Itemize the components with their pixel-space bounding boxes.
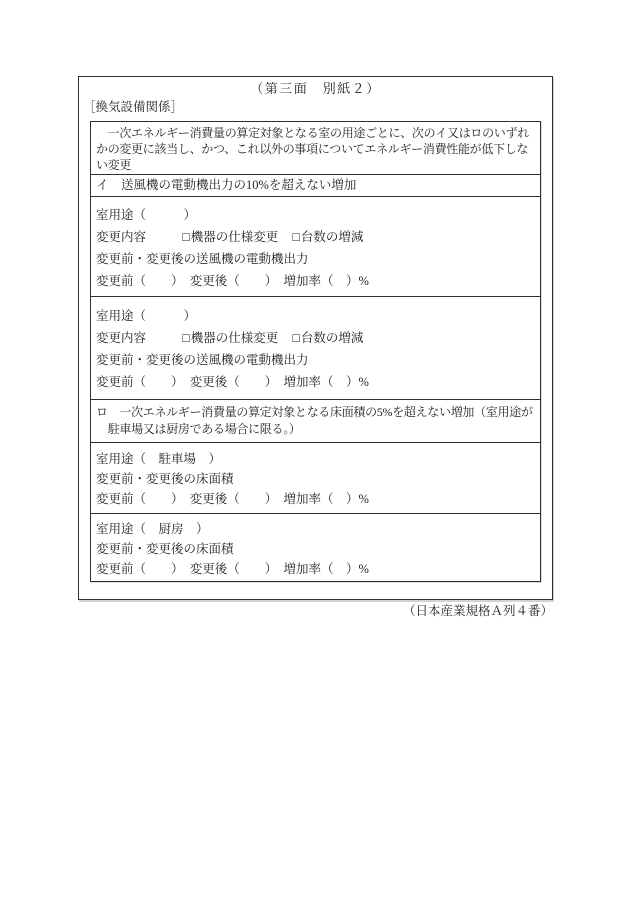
checkbox-icon: □ — [292, 230, 300, 244]
checkbox-icon: □ — [292, 331, 300, 345]
checkbox-icon: □ — [182, 230, 190, 244]
form-outer-box: （第三面 別紙２） ［換気設備関係］ 一次エネルギー消費量の算定対象となる室の用… — [78, 76, 553, 600]
change-content-label: 変更内容 — [96, 230, 146, 244]
measure-label: 変更前・変更後の床面積 — [96, 469, 535, 489]
item-ro-heading-line-1: ロ 一次エネルギー消費量の算定対象となる床面積の5%を超えない増加（室用途が — [96, 404, 535, 421]
measure-label: 変更前・変更後の送風機の電動機出力 — [96, 248, 535, 270]
item-ro-heading-line-2: 駐車場又は厨房である場合に限る。） — [96, 421, 535, 438]
room-use-line: 室用途（ ） — [96, 204, 535, 226]
intro-line-3: い変更 — [96, 157, 535, 173]
checkbox-icon: □ — [182, 331, 190, 345]
page-title: （第三面 別紙２） — [79, 81, 552, 97]
checkbox-equipment-spec-change[interactable]: □機器の仕様変更 — [182, 230, 278, 244]
room-use-line: 室用途（ 厨房 ） — [96, 519, 535, 539]
section-label: ［換気設備関係］ — [83, 99, 552, 115]
checkbox-equipment-spec-change[interactable]: □機器の仕様変更 — [182, 331, 278, 345]
item-i-heading: イ 送風機の電動機出力の10%を超えない増加 — [96, 175, 535, 196]
paper-size-note: （日本産業規格Ａ列４番） — [403, 603, 553, 619]
item-ro-block-kitchen: 室用途（ 厨房 ） 変更前・変更後の床面積 変更前（ ） 変更後（ ） 増加率（… — [91, 513, 540, 581]
intro-clause-row: 一次エネルギー消費量の算定対象となる室の用途ごとに、次のイ又はロのいずれ かの変… — [91, 122, 540, 174]
checkbox-label: 台数の増減 — [301, 331, 364, 345]
checkbox-label: 台数の増減 — [301, 230, 364, 244]
room-use-line: 室用途（ 駐車場 ） — [96, 449, 535, 469]
intro-line-2: かの変更に該当し、かつ、これ以外の事項についてエネルギー消費性能が低下しな — [96, 141, 535, 157]
checkbox-unit-count-change[interactable]: □台数の増減 — [292, 331, 363, 345]
measure-label: 変更前・変更後の床面積 — [96, 539, 535, 559]
checkbox-unit-count-change[interactable]: □台数の増減 — [292, 230, 363, 244]
checkbox-label: 機器の仕様変更 — [191, 331, 279, 345]
intro-line-1: 一次エネルギー消費量の算定対象となる室の用途ごとに、次のイ又はロのいずれ — [96, 125, 535, 141]
form-table: 一次エネルギー消費量の算定対象となる室の用途ごとに、次のイ又はロのいずれ かの変… — [90, 121, 541, 582]
measure-label: 変更前・変更後の送風機の電動機出力 — [96, 349, 535, 371]
values-line: 変更前（ ） 変更後（ ） 増加率（ ）% — [96, 559, 535, 579]
change-content-line: 変更内容 □機器の仕様変更 □台数の増減 — [96, 226, 535, 248]
values-line: 変更前（ ） 変更後（ ） 増加率（ ）% — [96, 270, 535, 292]
change-content-label: 変更内容 — [96, 331, 146, 345]
item-ro-block-parking: 室用途（ 駐車場 ） 変更前・変更後の床面積 変更前（ ） 変更後（ ） 増加率… — [91, 442, 540, 513]
item-i-block-2: 室用途（ ） 変更内容 □機器の仕様変更 □台数の増減 変更前・変更後の送風機の… — [91, 296, 540, 399]
item-ro-heading-row: ロ 一次エネルギー消費量の算定対象となる床面積の5%を超えない増加（室用途が 駐… — [91, 399, 540, 442]
item-i-block-1: 室用途（ ） 変更内容 □機器の仕様変更 □台数の増減 変更前・変更後の送風機の… — [91, 196, 540, 296]
room-use-line: 室用途（ ） — [96, 305, 535, 327]
item-i-heading-row: イ 送風機の電動機出力の10%を超えない増加 — [91, 174, 540, 196]
change-content-line: 変更内容 □機器の仕様変更 □台数の増減 — [96, 327, 535, 349]
checkbox-label: 機器の仕様変更 — [191, 230, 279, 244]
values-line: 変更前（ ） 変更後（ ） 増加率（ ）% — [96, 489, 535, 509]
values-line: 変更前（ ） 変更後（ ） 増加率（ ）% — [96, 371, 535, 393]
